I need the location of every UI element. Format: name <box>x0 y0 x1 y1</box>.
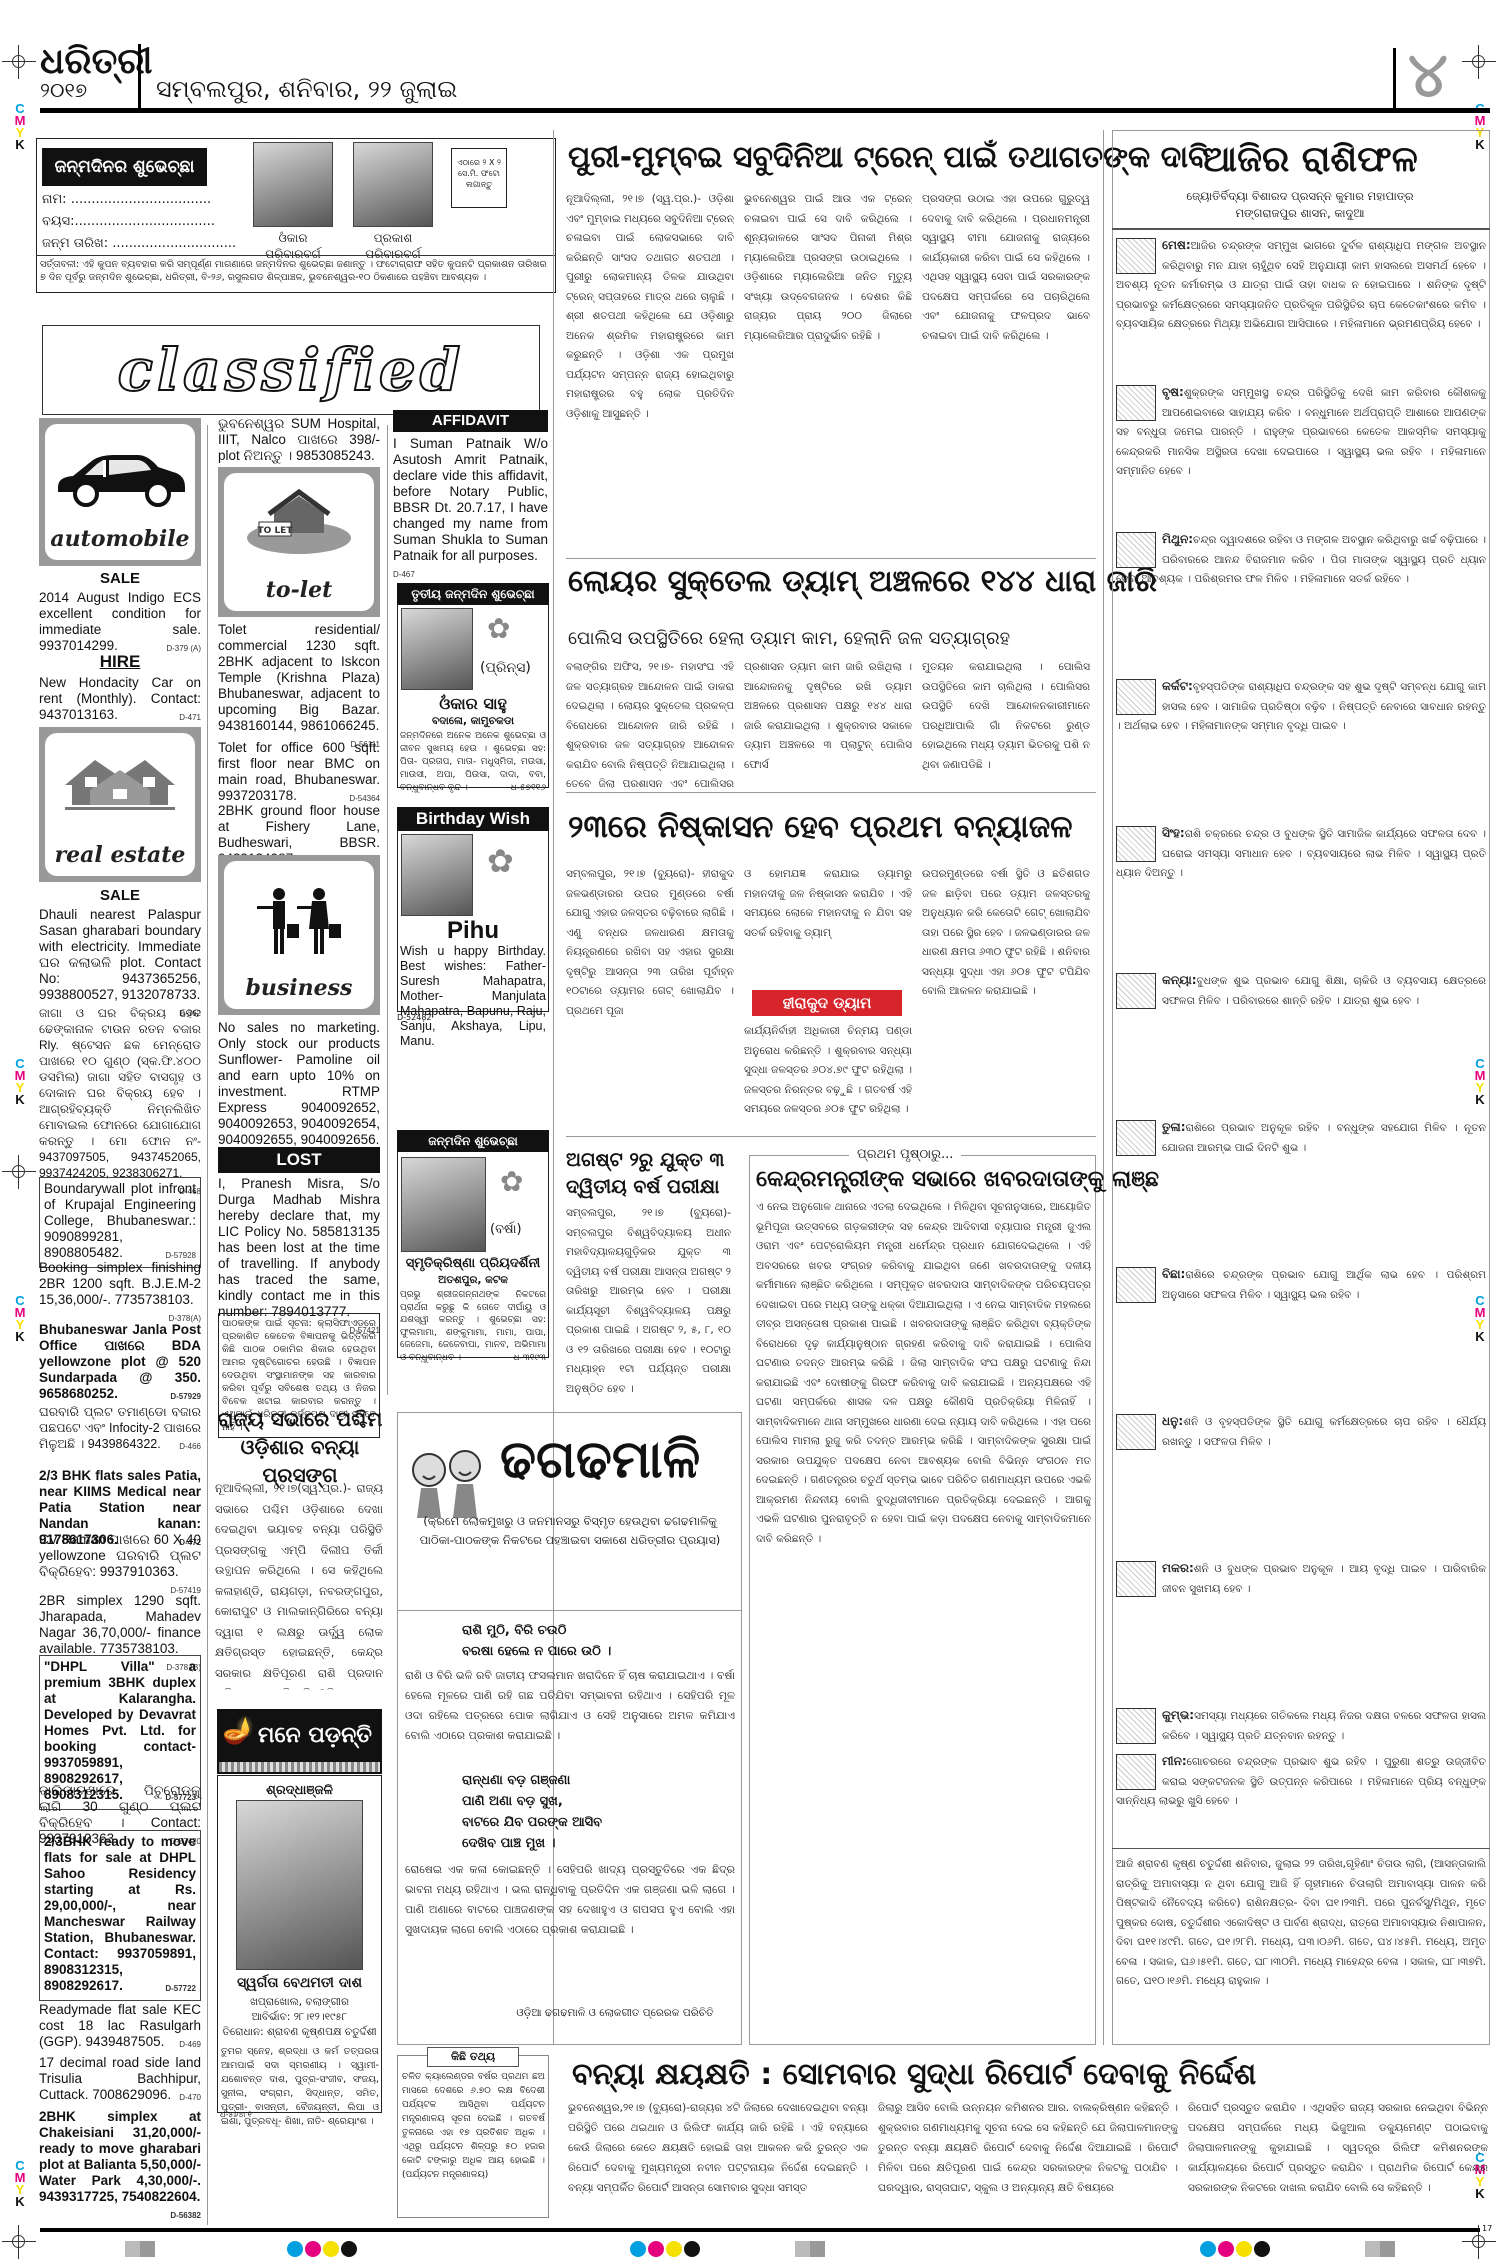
child-photo <box>401 608 473 690</box>
story-body: ନୂଆଦିଲ୍ଲୀ, ୨୧।୭(ସ୍ୱ.ପ୍ର.)- ରାଜ୍ୟ ସଭାରେ ପ… <box>215 1478 383 1690</box>
birthday-message: ପ୍ରଭୁ ଶ୍ରୀଜଗନ୍ନାଥଙ୍କ ନିକଟରେ ପ୍ରାର୍ଥନା କର… <box>400 1289 546 1364</box>
divider <box>566 1136 1096 1137</box>
gray-patch <box>1365 2241 1395 2257</box>
rashi-mithuna: ମିଥୁନ:ଚନ୍ଦ୍ର ଦ୍ୱାଦଶରେ ରହିବା ଓ ମଙ୍ଗଳ ଅବସ୍… <box>1116 530 1486 672</box>
sale-heading: SALE <box>39 570 201 588</box>
classified-ad: ଘରବାରି ପ୍ଲଟ ତମାଣ୍ଡୋ ବଜାର ପଛପଟେ ଏବଂ Infoc… <box>39 1404 201 1455</box>
ad-code: ଧ-୫୬୪୮୧ <box>220 2110 252 2120</box>
sale-heading: SALE <box>39 887 201 905</box>
story-body-col: କାର୍ଯ୍ୟନିର୍ବାହୀ ଅଧିକାରୀ ଚିନ୍ମୟ ପଣ୍ଡା ଅନୁ… <box>744 1022 912 1130</box>
continuation-kicker: ପ୍ରଥମ ପୃଷ୍ଠାରୁ... <box>849 1145 961 1165</box>
masthead-year: ୨୦୧୭ <box>40 78 87 102</box>
registration-mark <box>2 1155 36 1189</box>
rashi-karkata: କର୍କଟ:ବୃହସ୍ପତିଙ୍କ ରାଶ୍ୟାଧିପ ଚନ୍ଦ୍ରଙ୍କ ସହ… <box>1116 677 1486 819</box>
masthead-divider <box>138 44 141 110</box>
birthday-ad-heading: ଜନ୍ମଦିନ ଶୁଭେଚ୍ଛା <box>397 1130 549 1152</box>
rashiphala-title: ଆଜିର ରାଶିଫଳ <box>1150 138 1470 182</box>
astrologer-credit: ଜ୍ୟୋତିର୍ବିଦ୍ୟା ବିଶାରଦ ପ୍ରସନ୍ନ କୁମାର ମହାପ… <box>1115 188 1485 222</box>
svg-text:TO LET: TO LET <box>258 526 294 536</box>
story-headline: ଲୋୟର ସୁକ୍‌ତେଲ ଡ୍ୟାମ୍ ଅଞ୍ଚଳରେ ୧୪୪ ଧାରା ଜା… <box>568 562 1157 602</box>
proverb-explanation: ରାଶି ଓ ବିରି ଭଳି ରବି ଜାତୀୟ ଫସଲମାନ ଖରାଦିନେ… <box>405 1666 735 1766</box>
house-to-let-icon: TO LET <box>244 488 354 558</box>
color-bar <box>287 2241 357 2257</box>
child-photo <box>253 142 333 227</box>
deceased-name: ସ୍ୱର୍ଗତା ବେଥମତୀ ଦାଶ <box>217 1973 382 1993</box>
story-headline: ଅଗଷ୍ଟ ୨ରୁ ଯୁକ୍ତ ୩ଦ୍ୱିତୀୟ ବର୍ଷ ପରୀକ୍ଷା <box>566 1147 731 1201</box>
coupon-field-dob: ଜନ୍ମ ତାରିଖ: ............................… <box>42 234 236 254</box>
affidavit-heading: AFFIDAVIT <box>393 410 548 432</box>
classified-ad: 2014 August Indigo ECS excellent conditi… <box>39 590 201 657</box>
story-body-col: ପ୍ରଶାସନ ଡ୍ୟାମ କାମ ଜାରି ରଖିଥିଲା । ଆନ୍ଦୋଳନ… <box>744 658 912 788</box>
highlight-tag: ହୀରାକୁଦ ଡ୍ୟାମ <box>752 990 902 1016</box>
baby-photo <box>401 834 473 916</box>
cmyk-marker: CMYK <box>14 1295 26 1343</box>
girl-photo <box>401 1157 486 1252</box>
business-category-tile: business <box>218 855 380 1015</box>
divider <box>1112 1848 1490 1849</box>
gray-patch <box>125 2241 155 2257</box>
story-body-col: ଉପରମୁଣ୍ଡରେ ବର୍ଷା ସ୍ଥିତି ଓ ଛତିଶଗଡ ଜଳ ଛାଡ଼… <box>922 865 1090 1130</box>
story-headline: ୨୩ରେ ନିଷ୍କାସନ ହେବ ପ୍ରଥମ ବନ୍ୟାଜଳ <box>568 807 1073 847</box>
story-body-col: ଓ ହୋମଯଜ୍ଞ କରାଯାଇ ଡ୍ୟାମରୁ ମହାନଦୀକୁ ଜଳ ନିଷ… <box>744 865 912 982</box>
story-body-col: ନୂଆଦିଲ୍ଲୀ, ୨୧।୭ (ସ୍ୱ.ପ୍ର.)- ଓଡ଼ିଶା ଏବଂ ମ… <box>566 190 734 555</box>
birthday-ad-heading: ତୃତୀୟ ଜନ୍ମଦିନ ଶୁଭେଚ୍ଛା <box>397 583 549 605</box>
car-icon <box>53 452 188 507</box>
story-body-col: ରିପୋର୍ଟ ପ୍ରସ୍ତୁତ କରାଯିବ । ଏଥିସହିତ ରାଜ୍ୟ … <box>1188 2098 1488 2223</box>
divider <box>36 255 556 256</box>
adult-photo <box>353 142 433 227</box>
registration-mark <box>1462 45 1496 79</box>
page-number: ୪ <box>1408 42 1448 108</box>
scorpion-icon <box>1116 1267 1156 1303</box>
twins-icon <box>1116 532 1156 568</box>
classified-ad: Bhubaneswar Janla Post Office ପାଖରେ BDA … <box>39 1322 201 1405</box>
dhagadhamali-credit: ଓଡ଼ିଆ ଢଗଢମାଳି ଓ ଲୋକଗୀତ ପ୍ରେରକ ପରିଚିତି <box>500 2005 730 2021</box>
header-rule <box>40 108 1490 113</box>
story-body-col: ବଲାଙ୍ଗିର ଅଫିସ, ୨୧।୭- ମହାସଂଘ ଏହି ଜଳ ସତ୍ୟା… <box>566 658 734 788</box>
classified-ad: New Hondacity Car on rent (Monthly). Con… <box>39 675 201 726</box>
cmyk-marker: CMYK <box>14 2160 26 2208</box>
proverb: ରାନ୍ଧଣା ବଡ଼ ଗଞ୍ଜଣାପାଣି ଅଣା ବଡ଼ ସୁଖ,ବାଟରେ… <box>462 1770 602 1854</box>
scales-icon <box>1116 1120 1156 1156</box>
flowers-icon: ✿ <box>487 842 514 880</box>
deceased-photo <box>236 1800 363 1970</box>
bull-icon <box>1116 385 1156 421</box>
rashi-meena: ମୀନ:ଗୋଚରରେ ଚନ୍ଦ୍ରଙ୍କ ପ୍ରଭାବ ଶୁଭ ରହିବ । ପ… <box>1116 1752 1486 1844</box>
goat-icon <box>1116 1561 1156 1597</box>
rashi-mesha: ମେଷ:ଆଜିର ଚନ୍ଦ୍ରଙ୍କ ସମ୍ମୁଖ ଭାଗରେ ଦୁର୍ବଳ ର… <box>1116 236 1486 378</box>
proverb-explanation: ରୋଷେଇ ଏକ କଳା କୋଇଛନ୍ତି । ସେହିପରି ଖାଦ୍ୟ ପ୍… <box>405 1860 735 2000</box>
business-people-icon <box>249 886 349 956</box>
story-body: ଏ ନେଇ ଅନୁଗୋଳ ଥାନାରେ ଏତଲା ଦେଇଥିଲେ । ମିଳିଥ… <box>756 1198 1091 2038</box>
virgin-icon <box>1116 973 1156 1009</box>
story-headline: ରାଜ୍ୟ ସଭାରେ ପଶ୍ଚିମଓଡ଼ିଶାର ବନ୍ୟା ପ୍ରସଙ୍ଗ <box>215 1405 385 1489</box>
story-body-col: ଜିଲାରୁ ଆସିବ ବୋଲି ଉନ୍ନୟନ କମିଶନର ଆର. ବାଲକ୍… <box>878 2098 1178 2223</box>
story-body-col: ଭୁବନେଶ୍ୱର,୨୧।୭ (ବ୍ୟୁରୋ)-ରାଜ୍ୟର ୪ଟି ଜିଲାର… <box>568 2098 868 2223</box>
column-rule <box>207 425 208 2225</box>
birthday-name: Pihu <box>397 918 549 944</box>
ad-code: D-52482 <box>397 1013 432 1022</box>
nickname: (ପ୍ରିନ୍ସ) <box>480 660 531 676</box>
fish-icon <box>1116 1754 1156 1790</box>
tribute-label: ଶ୍ରଦ୍ଧାଞ୍ଜଳି <box>217 1782 382 1800</box>
fact-box-heading: କିଛି ତଥ୍ୟ <box>427 2047 519 2067</box>
panjika-text: ଆଜି ଶ୍ରାବଣ କୃଷ୍ଣ ଚତୁର୍ଦ୍ଦଶୀ ଶନିବାର, ଜୁଲା… <box>1116 1855 1486 2040</box>
newspaper-logo: ଧରିତ୍ରୀ <box>40 44 152 80</box>
story-body: ସମ୍ବଲପୁର, ୨୧।୭ (ବ୍ୟୁରୋ)- ସମ୍ବଲପୁର ବିଶ୍ୱବ… <box>566 1204 731 1399</box>
real-estate-category-tile: real estate <box>39 727 201 882</box>
color-bar <box>1200 2241 1270 2257</box>
proverb: ରାଶି ମୁଠି, ବିରି ଚଉଠିବରଷା ହେଲେ ନ ପାରେ ଉଠି… <box>462 1620 611 1662</box>
coupon-title: ଜନ୍ମଦିନର ଶୁଭେଚ୍ଛା <box>42 148 207 186</box>
birthday-name: ଓଁକାର ସାହୁ <box>397 694 549 714</box>
dhagadhamali-intro: (କ୍ରମେ ଲୋକମୁଖରୁ ଓ ଜନମାନସରୁ ବିସ୍ମୃତ ହେଉଥି… <box>405 1512 735 1550</box>
story-headline: ବନ୍ୟା କ୍ଷୟକ୍ଷତି : ସୋମବାର ସୁଦ୍ଧା ରିପୋର୍ଟ … <box>572 2055 1256 2095</box>
water-pot-icon <box>1116 1708 1156 1744</box>
rashi-simha: ସିଂହ:ରାଶି ଚକ୍ରରେ ଚନ୍ଦ୍ର ଓ ବୁଧଙ୍କ ସ୍ଥିତି … <box>1116 824 1486 966</box>
story-body-col: ସମ୍ବଲପୁର, ୨୧।୭ (ବ୍ୟୁରୋ)- ହୀରାକୁଦ ଜଳଭଣ୍ଡା… <box>566 865 734 1130</box>
coupon-terms: ସର୍ତ୍ତାବଳୀ: ଏହି କୁପନ ବ୍ୟବହାର କରି ସମ୍ପୂର୍… <box>40 258 552 284</box>
story-headline: କେନ୍ଦ୍ରମନ୍ତ୍ରୀଙ୍କ ସଭାରେ ଖବରଦାତାଙ୍କୁ ଲାଞ୍… <box>756 1165 1159 1195</box>
gray-patch <box>795 2241 825 2257</box>
divider <box>397 1610 742 1611</box>
classified-banner: classified <box>42 325 540 415</box>
birthday-wish-heading: Birthday Wish <box>397 807 549 831</box>
automobile-category-tile: automobile <box>39 418 201 566</box>
divider <box>566 792 1096 793</box>
obituary-details: ଖପ୍ରାଖୋଲ, ବଲାଙ୍ଗୀର ଆବିର୍ଭାବ: ୨୮।୧୨।୧୯୫୮ … <box>217 1995 382 2040</box>
birthday-message: Wish u happy Birthday. Best wishes: Fath… <box>400 944 546 1049</box>
dhagadhamali-title: ଢଗଢମାଳି <box>500 1430 700 1490</box>
classified-ad: 2/3BHK ready to move flats for sale at D… <box>39 1830 201 2001</box>
fact-box-text: ଚଳିତ କ୍ୟାଲେଣ୍ଡର ବର୍ଷର ପ୍ରଥମ ଛଅ ମାସରେ ଦେଶ… <box>402 2070 545 2215</box>
to-let-category-tile: TO LET to-let <box>218 467 380 617</box>
story-body-col: ମୁତୟନ କରାଯାଇଥିଲା । ପୋଲିସ ଉପସ୍ଥିତିରେ କାମ … <box>922 658 1090 788</box>
decorative-border <box>219 1762 380 1772</box>
birthday-name: ସ୍ମୃତିକ୍ରିଷ୍ଣା ପ୍ରିୟଦର୍ଶିନୀ <box>397 1255 549 1273</box>
classified-ad: 17 decimal road side land Trisulia Bachh… <box>39 2055 201 2106</box>
cmyk-marker: CMYK <box>14 1058 26 1106</box>
nickname: (ବର୍ଷା) <box>490 1222 522 1237</box>
flowers-icon: ✿ <box>500 1165 523 1198</box>
birthday-place: ଅତଶପୁର, କଟକ <box>397 1273 549 1287</box>
coupon-field-age: ବୟସ:.................................. <box>42 212 215 232</box>
houses-icon <box>60 755 180 815</box>
classified-ad: CV Raman ପାଖରେ 60 X 40 yellowzone ଘରବାରି… <box>39 1532 201 1599</box>
birthday-message: ଜନ୍ମଦିନରେ ଅନେକ ଅନେକ ଶୁଭେଚ୍ଛା ଓ ଜୀବନ ସୁଖମ… <box>400 730 546 795</box>
classified-ad: Tolet residential/ commercial 1230 sqft.… <box>218 622 380 753</box>
dateline: ସମ୍ବଲପୁର, ଶନିବାର, ୨୨ ଜୁଲାଇ <box>156 74 457 104</box>
affidavit-ad: I Suman Patnaik W/o Asutosh Amrit Patnai… <box>393 436 548 583</box>
page-code: 17 <box>1482 2224 1492 2233</box>
classified-ad: 2BHK simplex at Chakeisiani 31,20,000/- … <box>39 2109 201 2224</box>
cartoon-faces-icon <box>407 1440 495 1520</box>
page-number-divider <box>1393 48 1396 110</box>
rashi-kanya: କନ୍ୟା:ବୁଧଙ୍କ ଶୁଭ ପ୍ରଭାବ ଯୋଗୁ ଶିକ୍ଷା, ଚାକ… <box>1116 971 1486 1113</box>
color-bar <box>630 2241 700 2257</box>
lost-heading: LOST <box>218 1147 380 1173</box>
divider <box>566 558 1096 559</box>
crab-icon <box>1116 679 1156 715</box>
footer-rule <box>40 2228 1480 2232</box>
rashi-makara: ମକର:ଶନି ଓ ବୁଧଙ୍କ ପ୍ରଭାବ ଅନୁକୂଳ । ଆୟ ବୃଦ୍… <box>1116 1559 1486 1701</box>
column-rule <box>1103 130 1104 2045</box>
classified-ad: Boundarywall plot infront of Krupajal En… <box>39 1177 201 1268</box>
rashi-bichha: ବିଛା:ରାଶିରେ ଚନ୍ଦ୍ରଙ୍କ ପ୍ରଭାବ ଯୋଗୁ ଆର୍ଥିକ… <box>1116 1265 1486 1407</box>
story-body-col: ଭୁବନେଶ୍ୱର ପାଇଁ ଆଉ ଏକ ଟ୍ରେନ୍ ଚଳାଇବା ପାଇଁ … <box>744 190 912 555</box>
registration-mark <box>2 2225 36 2259</box>
classified-ad: ଜାଗା ଓ ଘର ବିକ୍ରୟ ହେବ ଢେଙ୍କାନାଳ ଟାଉନ ରତନ … <box>39 1005 201 1200</box>
column-rule <box>387 425 388 1395</box>
registration-mark <box>2 45 36 79</box>
classified-ad: Readymade flat sale KEC cost 18 lac Rasu… <box>39 2002 201 2053</box>
divider <box>1112 228 1490 230</box>
classified-ad: Tolet for office 600 sqft. first floor n… <box>218 740 380 807</box>
story-subhead: ପୋଲିସ ଉପସ୍ଥିତିରେ ହେଲା ଡ୍ୟାମ କାମ, ହେଲାନି … <box>568 625 1010 653</box>
ram-icon <box>1116 238 1156 274</box>
lion-icon <box>1116 826 1156 862</box>
rashi-dhanu: ଧନୁ:ଶନି ଓ ବୃହସ୍ପତିଙ୍କ ସ୍ଥିତି ଯୋଗୁ କର୍ମକ୍… <box>1116 1412 1486 1554</box>
rashi-vrisha: ବୃଷ:ଶୁକ୍ରଙ୍କ ସମ୍ମୁଖସ୍ଥ ଚନ୍ଦ୍ର ପରିସ୍ଥିତିକ… <box>1116 383 1486 525</box>
cmyk-marker: CMYK <box>14 103 26 151</box>
hire-heading: HIRE <box>39 653 201 671</box>
classified-ad: Booking simplex finishing 2BR 1200 sqft.… <box>39 1260 201 1327</box>
photo-placeholder: ଏଠାରେ ୨ X ୨ ସେ.ମି. ଫଟୋ ଲଗାନ୍ତୁ <box>451 148 507 208</box>
birthday-place: ବଦାଳୋ, କାମୁଚକଡା <box>397 714 549 728</box>
archer-icon <box>1116 1414 1156 1450</box>
coupon-field-name: ନାମ: .................................. <box>42 190 211 210</box>
flowers-icon: ✿ <box>487 612 510 645</box>
classified-ad: No sales no marketing. Only stock our pr… <box>218 1020 380 1167</box>
rashi-tula: ତୁଳା:ରାଶିରେ ପ୍ରଭାବ ଅନୁକୂଳ ରହିବ । ବନ୍ଧୁଙ୍… <box>1116 1118 1486 1260</box>
story-body-col: ପ୍ରସଙ୍ଗ ଉଠାଇ ଏହା ଉପରେ ଗୁରୁତ୍ୱ ଦେବାକୁ ଦାବ… <box>922 190 1090 555</box>
obituary-banner-title: ମନେ ପଡ଼ନ୍ତି <box>250 1716 380 1756</box>
